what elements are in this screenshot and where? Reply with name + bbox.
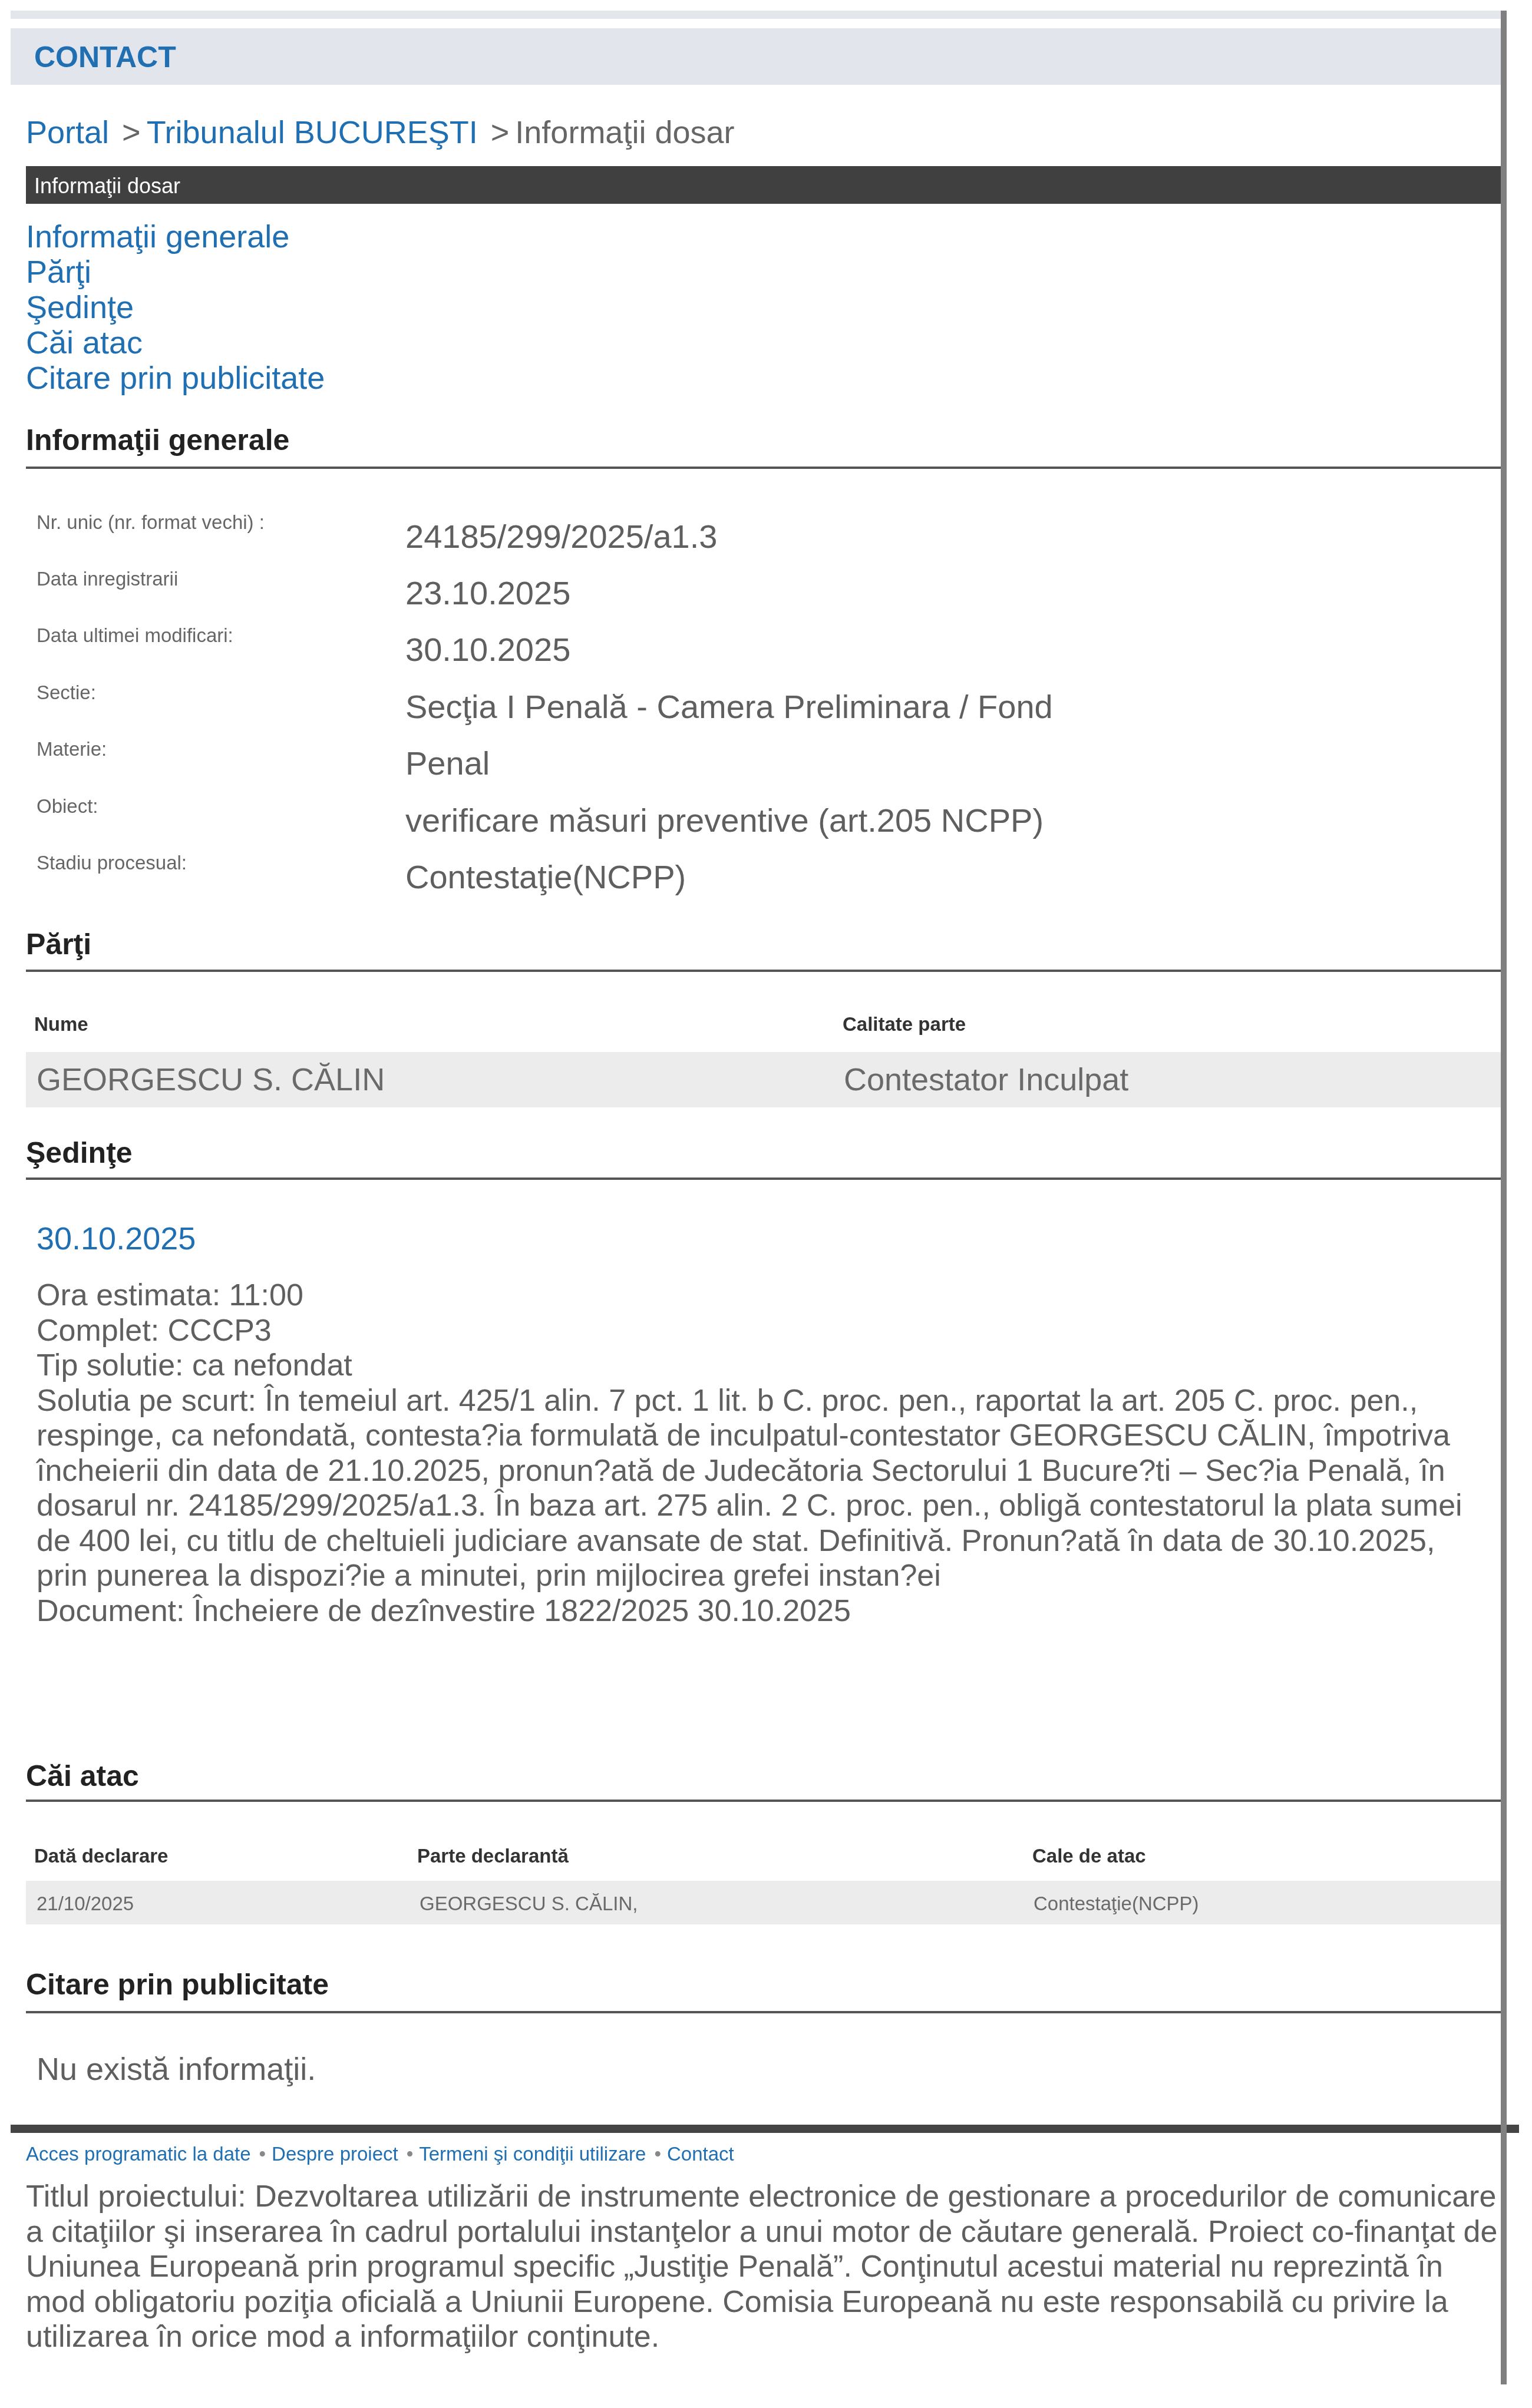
info-value: Penal: [405, 744, 490, 782]
parties-col-role: Calitate parte: [843, 1013, 966, 1036]
info-row-last-modified: Data ultimei modificari: 30.10.2025: [37, 624, 1498, 681]
contact-bar: CONTACT: [11, 28, 1501, 85]
section-divider: [26, 1800, 1501, 1802]
footer-link-about[interactable]: Despre proiect: [272, 2143, 398, 2165]
info-label: Nr. unic (nr. format vechi) :: [37, 511, 265, 534]
hearing-time: Ora estimata: 11:00: [37, 1278, 1480, 1314]
table-row: 21/10/2025 GEORGESCU S. CĂLIN, Contestaţ…: [26, 1881, 1501, 1924]
appeal-date: 21/10/2025: [37, 1893, 134, 1915]
info-label: Data inregistrarii: [37, 568, 178, 590]
info-row-object: Obiect: verificare măsuri preventive (ar…: [37, 795, 1498, 852]
info-label: Obiect:: [37, 795, 98, 818]
info-value: verificare măsuri preventive (art.205 NC…: [405, 801, 1044, 839]
hearings-heading: Şedinţe: [26, 1136, 133, 1170]
nav-link-parties[interactable]: Părţi: [26, 254, 325, 290]
nav-link-hearings[interactable]: Şedinţe: [26, 290, 325, 325]
bullet-separator: •: [259, 2143, 266, 2165]
section-nav: Informaţii generale Părţi Şedinţe Căi at…: [26, 219, 325, 396]
section-divider: [26, 467, 1501, 469]
top-strip: [11, 11, 1501, 19]
info-row-procedural-stage: Stadiu procesual: Contestaţie(NCPP): [37, 852, 1498, 908]
nav-link-general-info[interactable]: Informaţii generale: [26, 219, 325, 254]
nav-link-publicity[interactable]: Citare prin publicitate: [26, 360, 325, 396]
parties-col-name: Nume: [34, 1013, 88, 1036]
hearing-details: Ora estimata: 11:00 Complet: CCCP3 Tip s…: [37, 1278, 1480, 1629]
section-divider: [26, 2011, 1501, 2013]
info-value: Secţia I Penală - Camera Preliminara / F…: [405, 687, 1053, 726]
info-row-registration-date: Data inregistrarii 23.10.2025: [37, 568, 1498, 624]
breadcrumb: Portal>Tribunalul BUCUREŞTI>Informaţii d…: [26, 114, 734, 151]
breadcrumb-portal[interactable]: Portal: [26, 115, 109, 150]
bullet-separator: •: [407, 2143, 414, 2165]
publicity-empty-message: Nu există informaţii.: [37, 2051, 316, 2088]
nav-link-appeals[interactable]: Căi atac: [26, 325, 325, 360]
footer-link-terms[interactable]: Termeni şi condiţii utilizare: [419, 2143, 646, 2165]
breadcrumb-current: Informaţii dosar: [515, 115, 734, 150]
publicity-heading: Citare prin publicitate: [26, 1967, 329, 2002]
title-bar: Informaţii dosar: [26, 166, 1501, 204]
appeals-heading: Căi atac: [26, 1759, 139, 1793]
hearing-solution-type: Tip solutie: ca nefondat: [37, 1348, 1480, 1384]
breadcrumb-court[interactable]: Tribunalul BUCUREŞTI: [147, 115, 478, 150]
appeal-party: GEORGESCU S. CĂLIN,: [420, 1893, 638, 1915]
info-label: Stadiu procesual:: [37, 852, 187, 874]
info-row-case-number: Nr. unic (nr. format vechi) : 24185/299/…: [37, 511, 1498, 568]
info-label: Data ultimei modificari:: [37, 624, 233, 647]
party-role: Contestator Inculpat: [844, 1061, 1128, 1098]
hearing-solution-summary: Solutia pe scurt: În temeiul art. 425/1 …: [37, 1384, 1480, 1594]
info-row-matter: Materie: Penal: [37, 738, 1498, 795]
appeal-type: Contestaţie(NCPP): [1034, 1893, 1199, 1915]
general-info-heading: Informaţii generale: [26, 423, 289, 457]
footer-link-contact[interactable]: Contact: [667, 2143, 734, 2165]
appeals-col-party: Parte declarantă: [417, 1845, 569, 1867]
breadcrumb-separator: >: [122, 115, 141, 150]
footer-divider: [11, 2125, 1519, 2133]
info-label: Materie:: [37, 738, 107, 760]
footer-link-api-access[interactable]: Acces programatic la date: [26, 2143, 251, 2165]
bullet-separator: •: [654, 2143, 661, 2165]
contact-link[interactable]: CONTACT: [34, 40, 176, 74]
page-right-border: [1501, 11, 1507, 2384]
info-value: 23.10.2025: [405, 574, 570, 612]
hearing-date: 30.10.2025: [37, 1220, 196, 1257]
info-row-section: Sectie: Secţia I Penală - Camera Prelimi…: [37, 682, 1498, 738]
breadcrumb-separator: >: [491, 115, 510, 150]
info-value: 30.10.2025: [405, 630, 570, 669]
hearing-document: Document: Încheiere de dezînvestire 1822…: [37, 1594, 1480, 1629]
footer-links: Acces programatic la date•Despre proiect…: [26, 2143, 734, 2165]
section-divider: [26, 1177, 1501, 1180]
page: CONTACT Portal>Tribunalul BUCUREŞTI>Info…: [0, 0, 1532, 2408]
title-bar-label: Informaţii dosar: [34, 174, 180, 199]
table-row: GEORGESCU S. CĂLIN Contestator Inculpat: [26, 1052, 1501, 1107]
section-divider: [26, 970, 1501, 972]
appeals-col-type: Cale de atac: [1032, 1845, 1146, 1867]
party-name: GEORGESCU S. CĂLIN: [37, 1061, 385, 1098]
footer-project-text: Titlul proiectului: Dezvoltarea utilizăr…: [26, 2179, 1505, 2355]
info-label: Sectie:: [37, 682, 96, 704]
appeals-col-date: Dată declarare: [34, 1845, 168, 1867]
info-value: 24185/299/2025/a1.3: [405, 517, 717, 555]
hearing-panel: Complet: CCCP3: [37, 1314, 1480, 1349]
info-value: Contestaţie(NCPP): [405, 858, 686, 896]
parties-heading: Părţi: [26, 927, 91, 961]
